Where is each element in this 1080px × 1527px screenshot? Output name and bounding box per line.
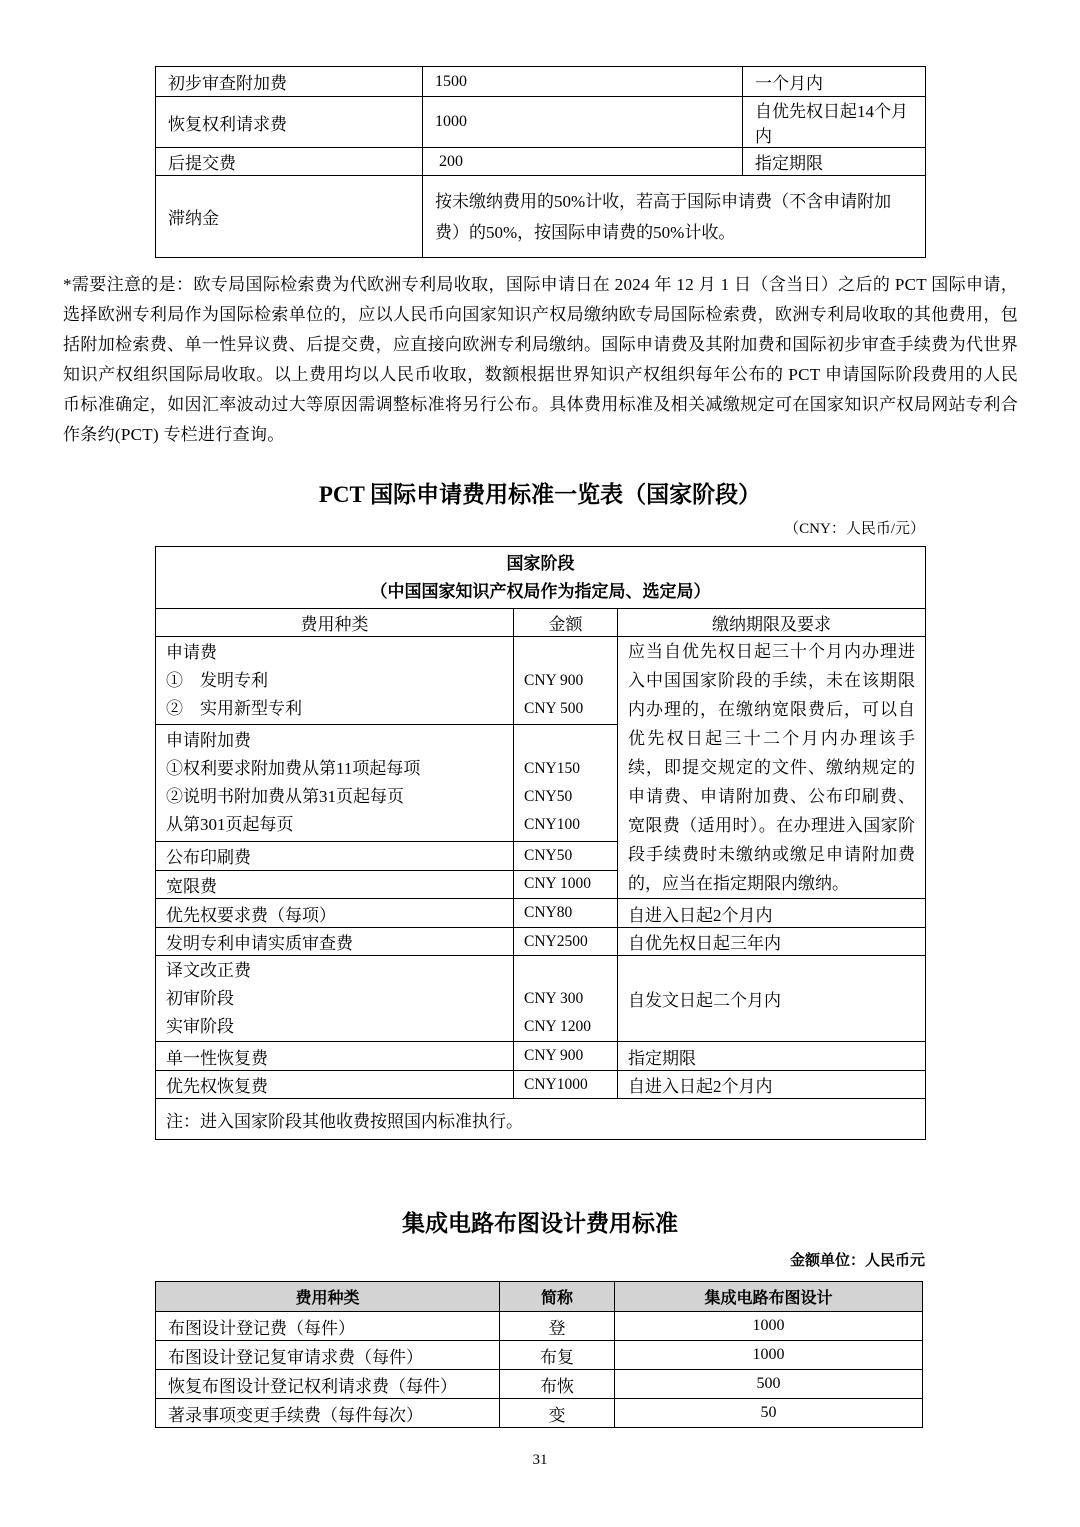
fee-name-line: 申请附加费: [166, 727, 503, 755]
table-row: 发明专利申请实质审查费 CNY2500 自优先权日起三年内: [156, 928, 926, 956]
ic-layout-fee-table: 费用种类 简称 集成电路布图设计 布图设计登记费（每件） 登 1000 布图设计…: [155, 1281, 923, 1428]
fee-name-line: ①权利要求附加费从第11项起每项: [166, 755, 503, 783]
fee-name: 恢复布图设计登记权利请求费（每件）: [156, 1370, 500, 1399]
fee-name: 恢复权利请求费: [156, 97, 423, 148]
fee-amount: CNY2500: [514, 928, 618, 956]
table-title: 国家阶段: [166, 550, 915, 578]
national-phase-title: PCT 国际申请费用标准一览表（国家阶段）: [0, 480, 1080, 510]
fee-deadline: 自优先权日起14个月内: [743, 97, 926, 148]
international-phase-fee-table: 初步审查附加费 1500 一个月内 恢复权利请求费 1000 自优先权日起14个…: [155, 66, 926, 258]
table-row: 著录事项变更手续费（每件每次） 变 50: [156, 1399, 923, 1428]
table-row: 布图设计登记费（每件） 登 1000: [156, 1312, 923, 1341]
fee-name: 公布印刷费: [156, 842, 514, 870]
fee-name-line: 从第301页起每页: [166, 811, 503, 839]
table-title-cell: 国家阶段 （中国国家知识产权局作为指定局、选定局）: [156, 547, 926, 609]
fee-name: 优先权恢复费: [156, 1071, 514, 1099]
column-header-fee-type: 费用种类: [156, 609, 514, 637]
table-row: 滞纳金 按未缴纳费用的50%计收，若高于国际申请费（不含申请附加费）的50%，按…: [156, 176, 926, 258]
fee-name-line: 实审阶段: [166, 1013, 503, 1041]
national-phase-fee-table: 国家阶段 （中国国家知识产权局作为指定局、选定局） 费用种类 金额 缴纳期限及要…: [155, 546, 926, 1140]
column-header-deadline: 缴纳期限及要求: [618, 609, 926, 637]
fee-amount: CNY 1000: [514, 870, 618, 898]
fee-abbr: 布恢: [500, 1370, 615, 1399]
fee-deadline: 指定期限: [618, 1042, 926, 1071]
table-row: 优先权恢复费 CNY1000 自进入日起2个月内: [156, 1071, 926, 1099]
fee-name: 滞纳金: [156, 176, 423, 258]
ic-layout-title: 集成电路布图设计费用标准: [0, 1208, 1080, 1238]
late-fee-note: 按未缴纳费用的50%计收，若高于国际申请费（不含申请附加费）的50%，按国际申请…: [423, 176, 926, 258]
fee-amount: CNY50: [514, 842, 618, 870]
fee-amount-line: CNY100: [524, 811, 607, 839]
table-row: 初步审查附加费 1500 一个月内: [156, 67, 926, 97]
fee-amount: 1000: [615, 1312, 923, 1341]
fee-amount-line: CNY 500: [524, 695, 607, 723]
fee-abbr: 变: [500, 1399, 615, 1428]
fee-abbr: 布复: [500, 1341, 615, 1370]
table-row: 申请费 ① 发明专利 ② 实用新型专利 CNY 900 CNY 500 应当自优…: [156, 637, 926, 725]
fee-deadline: 自发文日起二个月内: [618, 956, 926, 1042]
merged-deadline-note: 应当自优先权日起三十个月内办理进入中国国家阶段的手续，未在该期限内办理的，在缴纳…: [618, 637, 926, 899]
table-row: 恢复布图设计登记权利请求费（每件） 布恢 500: [156, 1370, 923, 1399]
fee-name-line: 译文改正费: [166, 957, 503, 985]
fee-name: 发明专利申请实质审查费: [156, 928, 514, 956]
column-header-row: 费用种类 简称 集成电路布图设计: [156, 1282, 923, 1312]
column-header-amount: 金额: [514, 609, 618, 637]
fee-name: 译文改正费 初审阶段 实审阶段: [156, 956, 514, 1042]
fee-amount-line: CNY 1200: [524, 1013, 607, 1041]
currency-unit-note: （CNY：人民币/元）: [0, 518, 925, 540]
table-row: 后提交费 200 指定期限: [156, 148, 926, 176]
fee-name: 申请费 ① 发明专利 ② 实用新型专利: [156, 637, 514, 725]
fee-amount: 1000: [423, 97, 743, 148]
fee-amount: 200: [423, 148, 743, 176]
fee-amount-line: CNY50: [524, 783, 607, 811]
fee-amount-line: CNY 300: [524, 985, 607, 1013]
table-row: 布图设计登记复审请求费（每件） 布复 1000: [156, 1341, 923, 1370]
fee-deadline: 一个月内: [743, 67, 926, 97]
fee-name-line: ②说明书附加费从第31页起每页: [166, 783, 503, 811]
fee-name: 申请附加费 ①权利要求附加费从第11项起每项 ②说明书附加费从第31页起每页 从…: [156, 725, 514, 842]
fee-name: 初步审查附加费: [156, 67, 423, 97]
fee-amount: CNY150 CNY50 CNY100: [514, 725, 618, 842]
fee-amount-line: CNY 900: [524, 667, 607, 695]
fee-amount-line: CNY150: [524, 755, 607, 783]
fee-name: 布图设计登记复审请求费（每件）: [156, 1341, 500, 1370]
fee-amount: CNY 900 CNY 500: [514, 637, 618, 725]
table-header-row: 国家阶段 （中国国家知识产权局作为指定局、选定局）: [156, 547, 926, 609]
fee-name: 后提交费: [156, 148, 423, 176]
fee-amount: CNY 900: [514, 1042, 618, 1071]
table-row: 优先权要求费（每项） CNY80 自进入日起2个月内: [156, 899, 926, 928]
fee-name: 布图设计登记费（每件）: [156, 1312, 500, 1341]
fee-amount: 1000: [615, 1341, 923, 1370]
fee-amount: CNY80: [514, 899, 618, 928]
ic-unit-note: 金额单位：人民币元: [0, 1250, 925, 1272]
column-header-abbr: 简称: [500, 1282, 615, 1312]
fee-deadline: 自进入日起2个月内: [618, 1071, 926, 1099]
fee-name-line: 申请费: [166, 639, 503, 667]
fee-deadline: 自优先权日起三年内: [618, 928, 926, 956]
column-header-row: 费用种类 金额 缴纳期限及要求: [156, 609, 926, 637]
fee-name: 宽限费: [156, 870, 514, 898]
fee-deadline: 自进入日起2个月内: [618, 899, 926, 928]
fee-amount-line: [524, 639, 607, 667]
fee-amount-line: [524, 957, 607, 985]
fee-amount: CNY 300 CNY 1200: [514, 956, 618, 1042]
table-footnote-row: 注：进入国家阶段其他收费按照国内标准执行。: [156, 1099, 926, 1140]
table-footnote: 注：进入国家阶段其他收费按照国内标准执行。: [156, 1099, 926, 1140]
table-row: 译文改正费 初审阶段 实审阶段 CNY 300 CNY 1200 自发文日起二个…: [156, 956, 926, 1042]
table-subtitle: （中国国家知识产权局作为指定局、选定局）: [166, 578, 915, 606]
fee-name: 优先权要求费（每项）: [156, 899, 514, 928]
fee-name: 单一性恢复费: [156, 1042, 514, 1071]
fee-name-line: 初审阶段: [166, 985, 503, 1013]
fee-amount: 500: [615, 1370, 923, 1399]
fee-name-line: ① 发明专利: [166, 667, 503, 695]
column-header-ic-design: 集成电路布图设计: [615, 1282, 923, 1312]
fee-deadline: 指定期限: [743, 148, 926, 176]
fee-name-line: ② 实用新型专利: [166, 695, 503, 723]
fee-amount: 50: [615, 1399, 923, 1428]
fee-name: 著录事项变更手续费（每件每次）: [156, 1399, 500, 1428]
table-row: 单一性恢复费 CNY 900 指定期限: [156, 1042, 926, 1071]
fee-amount-line: [524, 727, 607, 755]
table-row: 恢复权利请求费 1000 自优先权日起14个月内: [156, 97, 926, 148]
document-page: { "colors": { "table_header_bg": "#d3d3d…: [0, 0, 1080, 1527]
epo-fee-note-paragraph: *需要注意的是：欧专局国际检索费为代欧洲专利局收取，国际申请日在 2024 年 …: [63, 270, 1018, 450]
page-number: 31: [0, 1452, 1080, 1469]
column-header-fee-type: 费用种类: [156, 1282, 500, 1312]
fee-amount: 1500: [423, 67, 743, 97]
fee-abbr: 登: [500, 1312, 615, 1341]
fee-amount: CNY1000: [514, 1071, 618, 1099]
